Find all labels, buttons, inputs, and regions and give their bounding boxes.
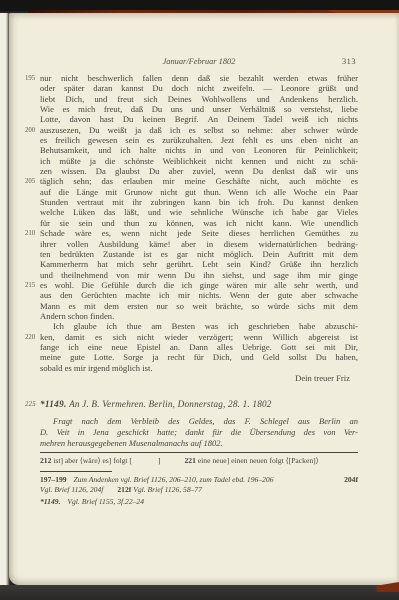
letter-line-text: auf die Länge mit Grunow nicht gut thun.… — [40, 187, 358, 197]
footnote-left: 197–199 Zum Andenken vgl. Brief 1126, 20… — [40, 475, 274, 485]
letter-line-text: Behutsamkeit, und ich halte nichts in un… — [40, 145, 358, 155]
letter-line-text: für sie sein und thun zu können, was ich… — [40, 218, 358, 228]
margin-line-number: 195 — [25, 74, 38, 83]
letter-line: 205täglich sehn; das erlauben mir meine … — [40, 176, 358, 186]
letter-line-text: liebt Dich, und freut sich Deines Wohlwo… — [40, 94, 358, 104]
footnote-text: Vgl. Brief 1126, 204f — [40, 485, 103, 494]
letter-line: Mann es mit dem ersten nur so weit bräch… — [40, 301, 358, 311]
letter-line: und theilnehmend von mir wenn Du ihn sie… — [40, 270, 358, 280]
letter-line: oder später daran kannst Du doch nicht z… — [40, 83, 358, 93]
margin-line-number: 225 — [25, 400, 38, 409]
margin-line-number: 210 — [25, 229, 38, 238]
book-photo: Januar/Februar 1802 313 195nur nicht bes… — [0, 0, 399, 600]
letter-line: Stunden vertraut mit ihr zubringen kann … — [40, 197, 358, 207]
letter-line-text: Ich glaube ich thue am Besten was ich ge… — [53, 321, 358, 331]
footnote-ref: 204f — [344, 475, 358, 485]
variant-apparatus: 212 ist] aber ⟨wäre⟩ es] folgt []221 ein… — [40, 456, 358, 465]
summary-line: D. Veit in Jena geschickt hatte; dankt f… — [40, 427, 358, 438]
letter-line: Ich glaube ich thue am Besten was ich ge… — [40, 321, 358, 331]
letter-line: aus den Gerüchten machte ich mir nichts.… — [40, 290, 358, 300]
letter-line-text: täglich sehn; das erlauben mir meine Ges… — [40, 176, 358, 186]
letter-line: 200auszusezen, Du weißt ja daß ich es se… — [40, 125, 358, 135]
letter-line-text: oder später daran kannst Du doch nicht z… — [40, 83, 358, 93]
margin-line-number: 200 — [25, 126, 38, 135]
letter-line-text: Kammerherrn hat mich sehr gerührt. Lebt … — [40, 259, 358, 269]
page-number: 313 — [342, 57, 356, 67]
letter-line-text: sobald es mir irgend möglich ist. — [40, 363, 153, 373]
summary-line-text: D. Veit in Jena geschickt hatte; dankt f… — [40, 427, 358, 437]
letter-line: fange ich eine neue Epistel an. Dann all… — [40, 342, 358, 352]
letter-line-text: es freilich gewesen sein es zurükzuhalte… — [40, 135, 358, 145]
letter-line-text: ihrer vollen Ausbildung käme! aber in di… — [40, 239, 358, 249]
letter-line: zen wissen. Da glaubst Du aber zuviel, w… — [40, 166, 358, 176]
letter-heading-text: An J. B. Vermehren. Berlin, Donnerstag, … — [69, 399, 272, 409]
running-header: Januar/Februar 1802 313 — [40, 57, 358, 68]
footnote-rule — [40, 471, 112, 472]
letter-line-text: Andern schon finden. — [40, 311, 114, 321]
margin-line-number: 205 — [25, 177, 38, 186]
footnote-ref: 212f — [117, 485, 131, 494]
footnote-ref: *1149. — [40, 497, 60, 506]
letter-line: sobald es mir irgend möglich ist. — [40, 363, 358, 373]
letter-line-text: ich müßte ja die schönste Weiblichkeit n… — [40, 156, 358, 166]
letter-line: liebt Dich, und freut sich Deines Wohlwo… — [40, 94, 358, 104]
summary-line-text: Fragt nach dem Verbleib des Geldes, das … — [53, 416, 358, 426]
footnote-ref: 197–199 — [40, 475, 67, 484]
variant-text: ist] aber ⟨wäre⟩ es] folgt [ — [53, 456, 132, 465]
letter-line: Kammerherrn hat mich sehr gerührt. Lebt … — [40, 259, 358, 269]
letter-line-text: zen wissen. Da glaubst Du aber zuviel, w… — [40, 166, 358, 176]
letter-line: meine gute Lotte. Sorge ja recht für Dic… — [40, 352, 358, 362]
letter-line-text: nur nicht beschwerlich fallen denn daß s… — [40, 73, 358, 83]
letter-line: 195nur nicht beschwerlich fallen denn da… — [40, 73, 358, 83]
footnote-text: Vgl. Brief 1155, 3f.22–24 — [67, 497, 144, 506]
letter-line: 220ken, damit es sich nicht wieder verzö… — [40, 332, 358, 342]
letter-line-text: aus den Gerüchten machte ich mir nichts.… — [40, 290, 358, 300]
margin-line-number: 220 — [25, 333, 38, 342]
letter-heading: 225*1149. An J. B. Vermehren. Berlin, Do… — [40, 399, 358, 410]
letter-body: 195nur nicht beschwerlich fallen denn da… — [40, 73, 358, 383]
letter-line-text: es wohl. Die Gefühle durch die ich ginge… — [40, 280, 358, 290]
letter-line: welche Lüken das läßt, und wie sehnliche… — [40, 207, 358, 217]
footnote-block: 197–199 Zum Andenken vgl. Brief 1126, 20… — [40, 475, 358, 507]
letter-line-text: welche Lüken das läßt, und wie sehnliche… — [40, 207, 358, 217]
letter-line: Wie es mich freut, daß Du uns und unser … — [40, 104, 358, 114]
letter-line-text: Wie es mich freut, daß Du uns und unser … — [40, 104, 358, 114]
letter-line-text: auszusezen, Du weißt ja daß ich es selbs… — [40, 125, 358, 135]
variant-ref: 221 — [185, 456, 196, 465]
letter-line: ich müßte ja die schönste Weiblichkeit n… — [40, 156, 358, 166]
summary-line: mehren herausgegebenen Musenalmanachs au… — [40, 438, 358, 449]
letter-line-text: Stunden vertraut mit ihr zubringen kann … — [40, 197, 358, 207]
letter-line-text: Lotte, davon hast Du keinen Begrif. An D… — [40, 114, 358, 124]
variant-ref: 212 — [40, 456, 51, 465]
letter-line: ten bedrükten Zustande ist es gar nicht … — [40, 249, 358, 259]
letter-line: 215es wohl. Die Gefühle durch die ich gi… — [40, 280, 358, 290]
text-column: Januar/Februar 1802 313 195nur nicht bes… — [40, 57, 358, 507]
letter-line-text: Schade wäre es, wenn nicht jede Seite di… — [40, 228, 358, 238]
variant-bracket: ] — [158, 456, 161, 465]
footnote-line: 197–199 Zum Andenken vgl. Brief 1126, 20… — [40, 475, 358, 485]
book-page: Januar/Februar 1802 313 195nur nicht bes… — [9, 13, 399, 585]
bottom-dark-bar — [0, 585, 399, 600]
letter-line: 210Schade wäre es, wenn nicht jede Seite… — [40, 228, 358, 238]
variant-text: eine neue] einen neuen folgt ⟨[Packen]⟩ — [198, 456, 319, 465]
letter-line: Behutsamkeit, und ich halte nichts in un… — [40, 145, 358, 155]
letter-line: ihrer vollen Ausbildung käme! aber in di… — [40, 239, 358, 249]
summary-line-text: mehren herausgegebenen Musenalmanachs au… — [40, 438, 223, 448]
letter-line-text: Dein treuer Friz — [295, 373, 350, 383]
letter-line-text: ten bedrükten Zustande ist es gar nicht … — [40, 249, 358, 259]
letter-line-text: fange ich eine neue Epistel an. Dann all… — [40, 342, 358, 352]
letter-line-text: Mann es mit dem ersten nur so weit bräch… — [40, 301, 358, 311]
letter-line: Andern schon finden. — [40, 311, 358, 321]
letter-number: *1149. — [40, 399, 67, 409]
letter-summary: Fragt nach dem Verbleib des Geldes, das … — [40, 416, 358, 448]
letter-line-text: meine gute Lotte. Sorge ja recht für Dic… — [40, 352, 358, 362]
letter-line-text: und theilnehmend von mir wenn Du ihn sie… — [40, 270, 358, 280]
footnote-line: Vgl. Brief 1126, 204f212f Vgl. Brief 112… — [40, 485, 358, 495]
letter-line: Dein treuer Friz — [40, 373, 358, 383]
letter-line-text: ken, damit es sich nicht wieder verzöger… — [40, 332, 358, 342]
footnote-line: *1149. Vgl. Brief 1155, 3f.22–24 — [40, 497, 358, 507]
running-header-title: Januar/Februar 1802 — [163, 57, 236, 66]
letter-line: Lotte, davon hast Du keinen Begrif. An D… — [40, 114, 358, 124]
letter-line: für sie sein und thun zu können, was ich… — [40, 218, 358, 228]
margin-line-number: 215 — [25, 281, 38, 290]
footnote-text: Vgl. Brief 1126, 58–77 — [133, 485, 202, 494]
footnote-text: Zum Andenken vgl. Brief 1126, 206–210, z… — [73, 475, 273, 484]
apparatus-rule — [40, 452, 358, 453]
letter-line: auf die Länge mit Grunow nicht gut thun.… — [40, 187, 358, 197]
summary-line: Fragt nach dem Verbleib des Geldes, das … — [40, 416, 358, 427]
letter-line: es freilich gewesen sein es zurükzuhalte… — [40, 135, 358, 145]
